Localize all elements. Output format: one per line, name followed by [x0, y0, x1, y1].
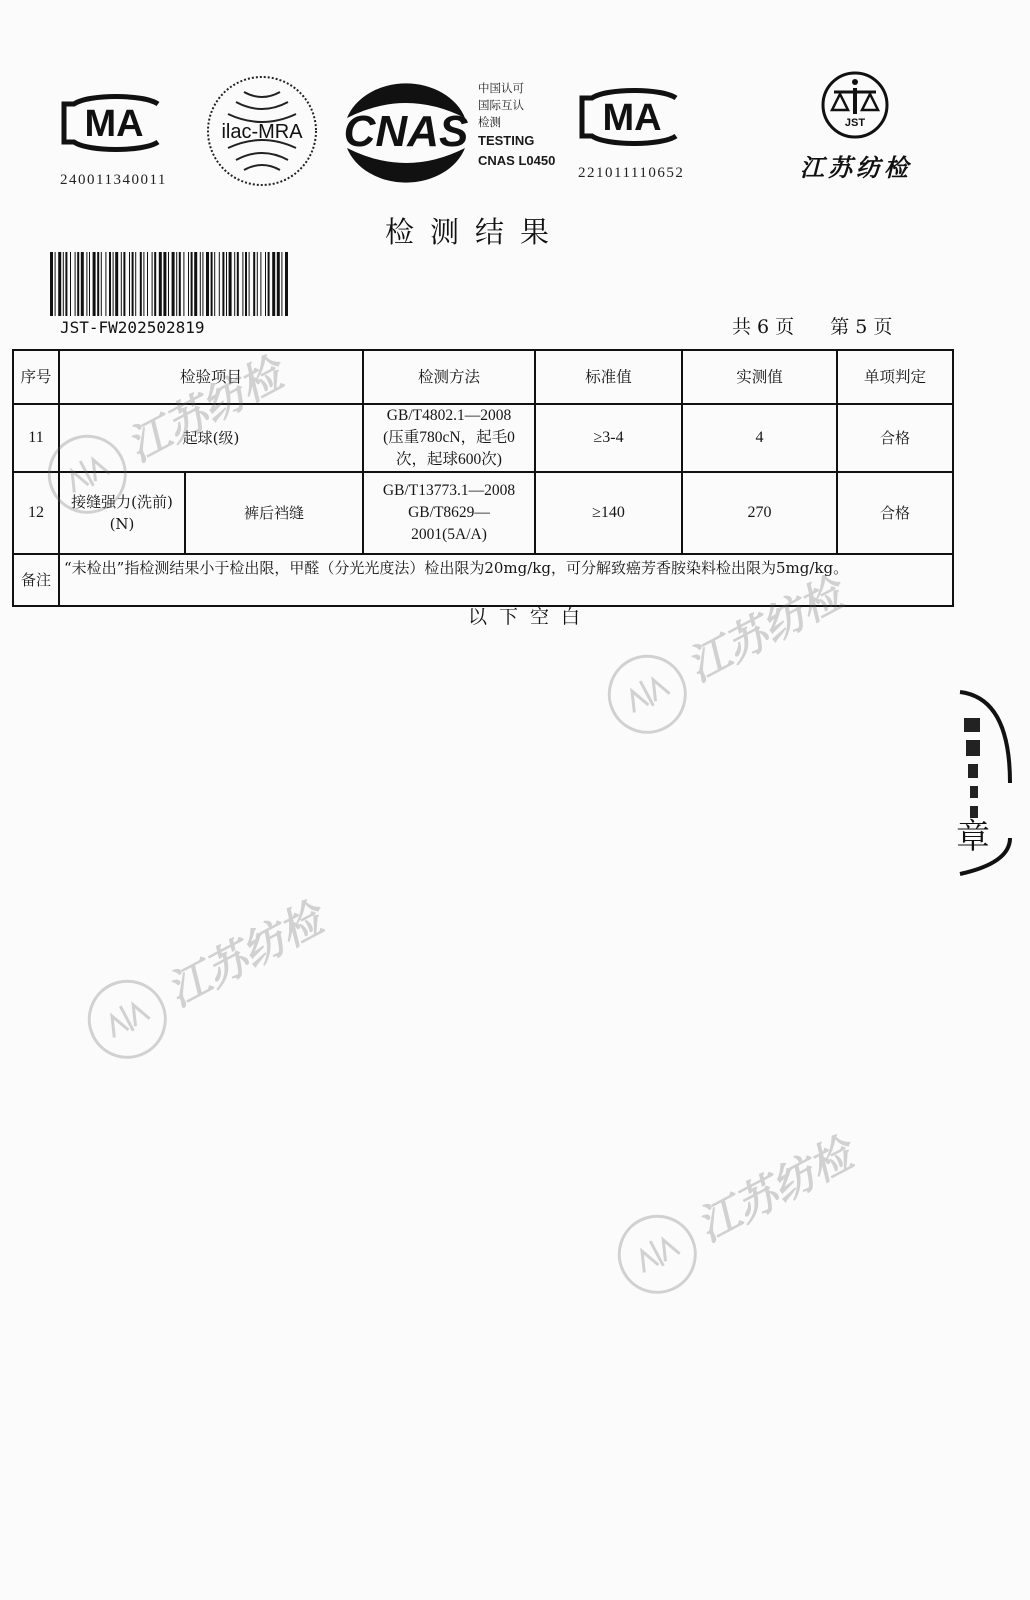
method-line: GB/T8629—	[367, 502, 531, 524]
page-unit: 页	[775, 316, 794, 338]
cma-badge-icon: MA	[60, 90, 172, 156]
cma-number-left: 240011340011	[60, 172, 167, 189]
row-standard: ≥3-4	[535, 404, 682, 472]
header-measured: 实测值	[682, 350, 837, 404]
svg-text:江苏纺检: 江苏纺检	[689, 1126, 866, 1251]
cnas-accreditation-text: 中国认可 国际互认 检测 TESTING CNAS L0450	[478, 80, 555, 171]
page-info: 共6页 第5页	[732, 312, 898, 339]
row-sub-item: 裤后裆缝	[185, 472, 363, 554]
seal-arc-icon: 章	[952, 688, 1012, 878]
svg-text:JST: JST	[845, 117, 865, 129]
svg-text:章: 章	[956, 817, 990, 857]
scales-icon: JST	[820, 70, 890, 140]
page-total-label: 共	[732, 316, 751, 338]
cnas-number: CNAS L0450	[478, 151, 555, 171]
cma-logo-left: MA	[60, 90, 172, 160]
method-line: GB/T4802.1—2008	[367, 405, 531, 427]
jst-stamp-icon: 江苏纺检	[66, 860, 373, 1080]
method-line: (压重780cN，起毛0	[367, 427, 531, 449]
report-number: JST-FW202502819	[60, 318, 205, 337]
row-standard: ≥140	[535, 472, 682, 554]
document-title: 检测结果	[0, 210, 950, 251]
jst-logo: JST	[820, 70, 890, 140]
jst-org-name: 江苏纺检	[800, 148, 912, 183]
header-verdict: 单项判定	[837, 350, 953, 404]
svg-text:MA: MA	[84, 103, 143, 145]
method-line: 2001(5A/A)	[367, 524, 531, 546]
method-line: 次，起球600次)	[367, 449, 531, 471]
row-method: GB/T13773.1—2008 GB/T8629— 2001(5A/A)	[363, 472, 535, 554]
header-standard: 标准值	[535, 350, 682, 404]
cma-logo-right: MA	[578, 84, 690, 154]
side-seal-fragment: 章	[952, 688, 1012, 878]
row-verdict: 合格	[837, 404, 953, 472]
page-total: 6	[757, 316, 769, 338]
cnas-icon: CNAS	[337, 78, 475, 186]
svg-text:MA: MA	[602, 97, 661, 139]
cnas-line-3: 检测	[478, 114, 555, 131]
watermark-stamp: 江苏纺检	[596, 1095, 903, 1315]
header-no: 序号	[13, 350, 59, 404]
svg-text:江苏纺检: 江苏纺检	[159, 891, 336, 1016]
method-line: GB/T13773.1—2008	[367, 480, 531, 502]
ilac-mra-icon: ilac-MRA	[206, 72, 318, 190]
ilac-mra-logo: ilac-MRA	[206, 72, 318, 190]
svg-text:CNAS: CNAS	[344, 107, 469, 156]
jst-stamp-icon: 江苏纺检	[596, 1095, 903, 1315]
watermark-stamp: 江苏纺检	[66, 860, 373, 1080]
cnas-testing: TESTING	[478, 131, 555, 151]
header-method: 检测方法	[363, 350, 535, 404]
cma-number-right: 221011110652	[578, 165, 684, 182]
cnas-line-1: 中国认可	[478, 80, 555, 97]
page-current-label: 第	[830, 316, 849, 338]
page-unit: 页	[873, 316, 892, 338]
cma-badge-icon: MA	[578, 84, 690, 150]
remark-label: 备注	[13, 554, 59, 606]
row-measured: 4	[682, 404, 837, 472]
row-measured: 270	[682, 472, 837, 554]
page-current: 5	[855, 316, 867, 338]
cnas-line-2: 国际互认	[478, 97, 555, 114]
svg-text:ilac-MRA: ilac-MRA	[221, 121, 303, 143]
barcode-icon	[50, 252, 288, 316]
row-method: GB/T4802.1—2008 (压重780cN，起毛0 次，起球600次)	[363, 404, 535, 472]
cnas-logo: CNAS	[337, 78, 475, 186]
